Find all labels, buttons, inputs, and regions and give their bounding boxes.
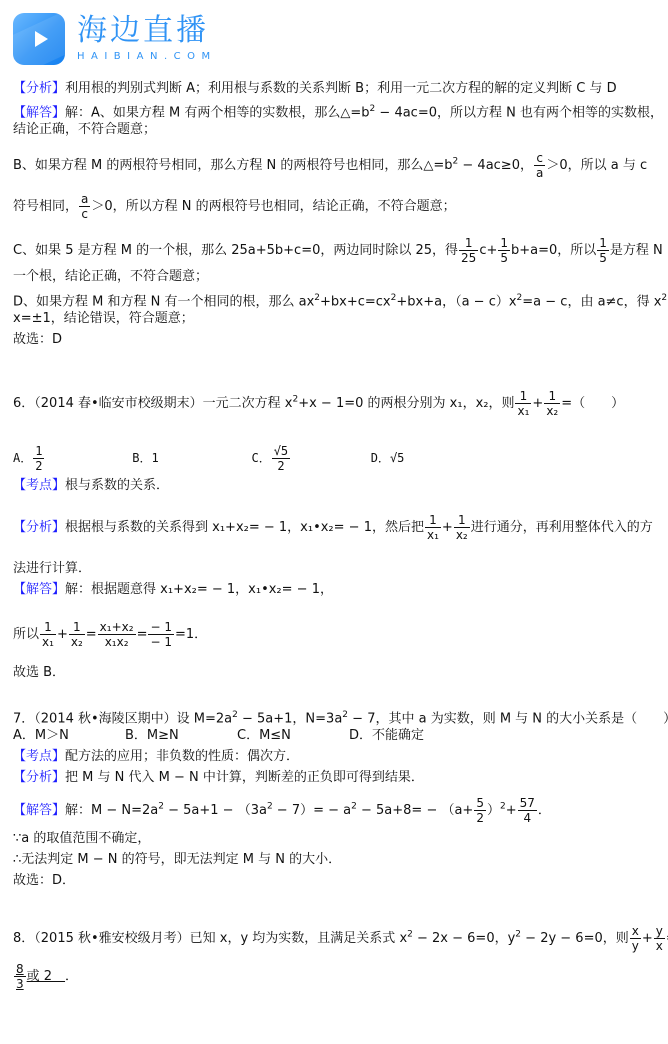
q8-stem: 8．（2015 秋•雅安校级月考）已知 x，y 均为实数，且满足关系式 x2 −… xyxy=(13,924,668,953)
q5-analysis: 【分析】利用根的判别式判断 A；利用根与系数的关系判断 B；利用一元二次方程的解… xyxy=(13,80,617,98)
label: A． xyxy=(13,451,32,465)
text: ＞0，所以 a 与 c xyxy=(546,158,647,173)
fraction: 1x₂ xyxy=(454,513,470,542)
text: ． xyxy=(538,803,551,818)
text: B、如果方程 M 的两根符号相同，那么方程 N 的两根符号也相同，那么△=b xyxy=(13,158,453,173)
num: 1 xyxy=(40,620,56,635)
label: D． xyxy=(371,451,390,465)
logo-mark xyxy=(13,13,65,65)
brand-cn: 海边直播 xyxy=(77,14,217,48)
q5-answer-a: 【解答】解：A、如果方程 M 有两个相等的实数根，那么△=b2 − 4ac=0，… xyxy=(13,100,663,122)
text: 是方程 N 的 xyxy=(610,243,668,258)
fraction: 15 xyxy=(498,236,510,265)
analysis-tag: 【分析】 xyxy=(13,81,65,96)
q7-answer: 【解答】解：M − N=2a2 − 5a+1 − （3a2 − 7）= − a2… xyxy=(13,796,551,825)
q5-answer-b: B、如果方程 M 的两根符号相同，那么方程 N 的两根符号也相同，那么△=b2 … xyxy=(13,151,647,180)
fraction: x₁+x₂x₁x₂ xyxy=(98,620,136,649)
option-d[interactable]: D．√5 xyxy=(371,449,483,467)
num: c xyxy=(534,151,545,166)
text: C、如果 5 是方程 M 的一个根，那么 25a+5b+c=0，两边同时除以 2… xyxy=(13,243,458,258)
text: − 2x − 6=0，y xyxy=(413,931,515,946)
num: 1 xyxy=(33,444,44,459)
q5-choice: 故选：D xyxy=(13,331,62,349)
q6-options: A．12 B．1 C．√52 D．√5 xyxy=(13,444,483,473)
option-d[interactable]: D．不能确定 xyxy=(349,727,461,745)
logo-text: 海边直播 HAIBIAN.COM xyxy=(77,14,217,64)
num: x₁+x₂ xyxy=(98,620,136,635)
point-tag: 【考点】 xyxy=(13,749,65,764)
fraction: 52 xyxy=(474,796,486,825)
text: − 4ac=0，所以方程 N 也有两个相等的实数根， xyxy=(375,105,663,120)
den: 5 xyxy=(597,251,609,265)
fraction: ca xyxy=(534,151,545,180)
num: x xyxy=(630,924,641,939)
den: x xyxy=(654,939,665,953)
option-a[interactable]: A．12 xyxy=(13,444,125,473)
q5-answer-d-end: x=±1，结论错误，符合题意； xyxy=(13,310,194,328)
analysis-text: 利用根的判别式判断 A；利用根与系数的关系判断 B；利用一元二次方程的解的定义判… xyxy=(65,81,617,96)
q6-point: 【考点】根与系数的关系． xyxy=(13,477,169,495)
text: − 2y − 6=0，则 xyxy=(521,931,629,946)
text: +x − 1=0 的两根分别为 x₁，x₂，则 xyxy=(298,396,514,411)
den: 2 xyxy=(474,811,486,825)
fraction: 12 xyxy=(33,444,44,473)
text: − 7）= − a xyxy=(273,803,351,818)
text: ． xyxy=(65,969,78,984)
text: =1． xyxy=(175,627,207,642)
play-icon xyxy=(35,31,48,47)
q6-answer: 【解答】解：根据题意得 x₁+x₂= − 1，x₁•x₂= − 1， xyxy=(13,581,333,599)
q5-answer-a-end: 结论正确，不符合题意； xyxy=(13,121,156,139)
num: 57 xyxy=(518,796,537,811)
answer-tag: 【解答】 xyxy=(13,582,65,597)
fraction: 1x₁ xyxy=(515,389,531,418)
value: 1 xyxy=(151,451,158,465)
den: 2 xyxy=(33,459,44,473)
answer-tag: 【解答】 xyxy=(13,803,65,818)
fraction: √52 xyxy=(272,444,290,473)
num: y xyxy=(654,924,665,939)
q7-line3: ∴无法判定 M − N 的符号，即无法判定 M 与 N 的大小． xyxy=(13,851,341,869)
answer-tag: 【解答】 xyxy=(13,105,65,120)
num: 1 xyxy=(425,513,441,528)
den: 3 xyxy=(14,977,26,991)
text: 6．（2014 春•临安市校级期末）一元二次方程 x xyxy=(13,396,292,411)
den: x₁ xyxy=(515,404,531,418)
num: √5 xyxy=(272,444,290,459)
den: 2 xyxy=(272,459,290,473)
q7-line2: ∵a 的取值范围不确定， xyxy=(13,830,150,848)
num: 8 xyxy=(14,962,26,977)
den: x₁ xyxy=(425,528,441,542)
text: 解：M − N=2a xyxy=(65,803,158,818)
den: 25 xyxy=(459,251,478,265)
den: x₂ xyxy=(544,404,560,418)
fraction: 1x₂ xyxy=(544,389,560,418)
fraction: 125 xyxy=(459,236,478,265)
q6-choice: 故选 B． xyxy=(13,664,65,682)
q7-point: 【考点】配方法的应用；非负数的性质：偶次方． xyxy=(13,748,299,766)
fraction: yx xyxy=(654,924,665,953)
text: 根与系数的关系． xyxy=(65,478,169,493)
text: + xyxy=(532,396,543,411)
point-tag: 【考点】 xyxy=(13,478,65,493)
num: − 1 xyxy=(148,620,174,635)
text: 根据根与系数的关系得到 x₁+x₂= − 1，x₁•x₂= − 1，然后把 xyxy=(65,520,424,535)
q5-answer-c: C、如果 5 是方程 M 的一个根，那么 25a+5b+c=0，两边同时除以 2… xyxy=(13,236,668,265)
text: b+a=0，所以 xyxy=(511,243,596,258)
q5-answer-b-cont: 符号相同，ac＞0，所以方程 N 的两根符号也相同，结论正确，不符合题意； xyxy=(13,192,456,221)
den: x₁x₂ xyxy=(98,635,136,649)
answer-blank: 或 2 xyxy=(27,969,65,984)
option-c[interactable]: C．M≤N xyxy=(237,727,349,745)
den: 4 xyxy=(518,811,537,825)
den: x₁ xyxy=(40,635,56,649)
q7-choice: 故选：D． xyxy=(13,872,75,890)
q7-stem: 7．（2014 秋•海陵区期中）设 M=2a2 − 5a+1，N=3a2 − 7… xyxy=(13,706,668,728)
value: √5 xyxy=(390,451,404,465)
q6-analysis: 【分析】根据根与系数的关系得到 x₁+x₂= − 1，x₁•x₂= − 1，然后… xyxy=(13,513,653,542)
text: ＞0，所以方程 N 的两根符号也相同，结论正确，不符合题意； xyxy=(91,199,455,214)
q5-answer-c-end: 一个根，结论正确，不符合题意； xyxy=(13,268,208,286)
num: 5 xyxy=(474,796,486,811)
fraction: xy xyxy=(630,924,641,953)
q7-options: A．M＞NB．M≥NC．M≤ND．不能确定 xyxy=(13,727,461,745)
fraction: 83 xyxy=(14,962,26,991)
text: = xyxy=(137,627,148,642)
num: 1 xyxy=(69,620,85,635)
q6-answer-eq: 所以1x₁+1x₂=x₁+x₂x₁x₂=− 1− 1=1． xyxy=(13,620,207,649)
fraction: 1x₂ xyxy=(69,620,85,649)
q8-answer: 83或 2 ． xyxy=(13,962,78,991)
den: y xyxy=(630,939,641,953)
haibian-logo: 海边直播 HAIBIAN.COM xyxy=(13,13,217,65)
text: 所以 xyxy=(13,627,39,642)
text: 7．（2014 秋•海陵区期中）设 M=2a xyxy=(13,711,232,726)
text: 符号相同， xyxy=(13,199,78,214)
text: 配方法的应用；非负数的性质：偶次方． xyxy=(65,749,299,764)
text: +bx+a，（a − c）x xyxy=(396,294,516,309)
text: − 4ac≥0， xyxy=(458,158,533,173)
label: B． xyxy=(132,451,151,465)
den: c xyxy=(79,207,90,221)
den: x₂ xyxy=(454,528,470,542)
text: 8．（2015 秋•雅安校级月考）已知 x，y 均为实数，且满足关系式 x xyxy=(13,931,407,946)
num: a xyxy=(79,192,90,207)
text: 进行通分，再利用整体代入的方 xyxy=(471,520,653,535)
text: = xyxy=(86,627,97,642)
fraction: 574 xyxy=(518,796,537,825)
den: a xyxy=(534,166,545,180)
option-a[interactable]: A．M＞N xyxy=(13,727,125,745)
text: 把 M 与 N 代入 M − N 中计算，判断差的正负即可得到结果． xyxy=(65,770,424,785)
den: x₂ xyxy=(69,635,85,649)
text: − 5a+8= − （a+ xyxy=(357,803,473,818)
text: + xyxy=(57,627,68,642)
num: 1 xyxy=(459,236,478,251)
q7-analysis: 【分析】把 M 与 N 代入 M − N 中计算，判断差的正负即可得到结果． xyxy=(13,769,424,787)
text: ） xyxy=(487,803,500,818)
text: +bx+c=cx xyxy=(320,294,391,309)
option-b[interactable]: B．M≥N xyxy=(125,727,237,745)
fraction: 1x₁ xyxy=(425,513,441,542)
option-b[interactable]: B．1 xyxy=(132,449,244,467)
fraction: − 1− 1 xyxy=(148,620,174,649)
q6-stem: 6．（2014 春•临安市校级期末）一元二次方程 x2+x − 1=0 的两根分… xyxy=(13,389,624,418)
num: 1 xyxy=(544,389,560,404)
num: 1 xyxy=(498,236,510,251)
text: − 5a+1，N=3a xyxy=(238,711,342,726)
analysis-tag: 【分析】 xyxy=(13,770,65,785)
text: =（ ） xyxy=(561,396,624,411)
text: + xyxy=(506,803,517,818)
option-c[interactable]: C．√52 xyxy=(251,444,363,473)
text: 解：根据题意得 x₁+x₂= − 1，x₁•x₂= − 1， xyxy=(65,582,333,597)
text: c+ xyxy=(479,243,497,258)
den: 5 xyxy=(498,251,510,265)
text: 解：A、如果方程 M 有两个相等的实数根，那么△=b xyxy=(65,105,370,120)
text: + xyxy=(442,520,453,535)
text: + xyxy=(642,931,653,946)
text: − 5a+1 − （3a xyxy=(164,803,267,818)
text: D、如果方程 M 和方程 N 有一个相同的根，那么 ax xyxy=(13,294,314,309)
fraction: 15 xyxy=(597,236,609,265)
q5-answer-d: D、如果方程 M 和方程 N 有一个相同的根，那么 ax2+bx+c=cx2+b… xyxy=(13,289,668,311)
fraction: 1x₁ xyxy=(40,620,56,649)
text: − 7，其中 a 为实数，则 M 与 N 的大小关系是（ ） xyxy=(348,711,668,726)
label: C． xyxy=(251,451,270,465)
text: =a − c，由 a≠c，得 x xyxy=(522,294,661,309)
q6-analysis-end: 法进行计算． xyxy=(13,560,91,578)
num: 1 xyxy=(454,513,470,528)
brand-en: HAIBIAN.COM xyxy=(77,50,217,64)
num: 1 xyxy=(515,389,531,404)
den: − 1 xyxy=(148,635,174,649)
analysis-tag: 【分析】 xyxy=(13,520,65,535)
fraction: ac xyxy=(79,192,90,221)
num: 1 xyxy=(597,236,609,251)
